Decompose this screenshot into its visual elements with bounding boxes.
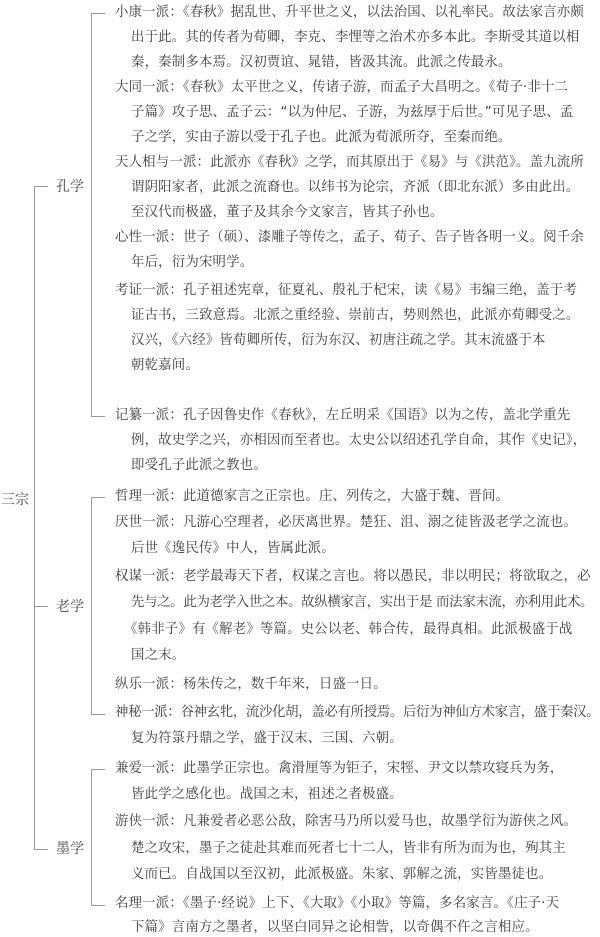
school-line: 考证一派：孔子祖述宪章，征夏礼、殷礼于杞宋，读《易》韦编三绝，盖于考	[115, 283, 577, 299]
branch-label-laoxue: 老学	[56, 599, 84, 615]
school-line: 皆此学之感化也。战国之末，祖述之者极盛。	[131, 787, 403, 803]
root-bracket-tick-kongxue	[34, 186, 48, 187]
school-line: 后世《逸民传》中人，皆属此派。	[131, 541, 335, 557]
branch-label-kongxue: 孔学	[56, 179, 84, 195]
school-line: 楚之攻宋，墨子之徒赴其难而死者七十二人，皆非有所为而为也，殉其主	[131, 841, 566, 857]
kongxue-bracket-top-tick	[91, 13, 105, 14]
school-line: 《韩非子》有《解老》等篇。史公以老、韩合传，最得真相。此派极盛于战	[124, 622, 573, 638]
school-line: 证古书，三致意焉。北派之重经验、崇前古，势则然也，此派亦荀卿受之。	[131, 308, 580, 324]
branch-label-moxue: 墨学	[56, 841, 84, 857]
school-line: 先与之。此为老学入世之本。故纵横家言，实出于是 而法家末流，亦利用此术。	[131, 595, 593, 611]
school-line: 游侠一派：凡兼爱者必恶公敌，除害马乃所以爱马也，故墨学衍为游侠之风。	[115, 814, 577, 830]
school-line: 复为符箓丹鼎之学，盛于汉末、三国、六朝。	[131, 731, 403, 747]
school-line: 子篇》攻子思、孟子云：“以为仲尼、子游，为兹厚于后世。”可见子思、孟	[131, 105, 573, 121]
school-line: 记纂一派：孔子因鲁史作《春秋》，左丘明采《国语》以为之传，盖北学重先	[115, 408, 570, 424]
kongxue-bracket-bottom-tick	[91, 416, 105, 417]
school-line: 至汉代而极盛，董子及其余今文家言，皆其子孙也。	[131, 205, 444, 221]
school-line: 哲理一派：此道德家言之正宗也。庄、列传之，大盛于魏、晋间。	[115, 489, 509, 505]
root-label: 三宗	[1, 492, 29, 508]
school-line: 大同一派：《春秋》太平世之义，传诸子游，而孟子大昌明之。《荀子·非十二	[115, 80, 568, 96]
school-line: 例，故史学之兴，亦相因而至者也。太史公以绍述孔学自命，其作《史记》，	[131, 433, 586, 449]
school-line: 心性一派：世子（硕）、漆雕子等传之，孟子、荀子、告子皆各明一义。阅千余	[115, 230, 584, 246]
school-line: 朝乾嘉间。	[131, 358, 199, 374]
root-bracket-line	[34, 186, 35, 850]
school-line: 神秘一派：谷神玄牝，流沙化胡，盖必有所授焉。后衍为神仙方术家言，盛于秦汉。	[115, 705, 599, 721]
school-line: 汉兴，《六经》皆荀卿所传，衍为东汉、初唐注疏之学。其末流盛于本	[131, 333, 546, 349]
school-line: 兼爱一派：此墨学正宗也。禽滑厘等为钜子，宋牼、尹文以禁攻寝兵为务，	[115, 761, 564, 777]
school-line: 子之学，实由子游以受于孔子也。此派为荀派所夺，至秦而绝。	[131, 130, 512, 146]
laoxue-bracket-line	[91, 497, 92, 715]
school-line: 下篇》言南方之墨者，以坚白同异之论相訾，以奇偶不仵之言相应。	[131, 920, 539, 936]
school-line: 谓阴阳家者，此派之流裔也。以纬书为论宗，齐派（即北东派）多由此出。	[131, 180, 580, 196]
school-line: 义而已。自战国以至汉初，此派极盛。朱家、郭解之流，实皆墨徒也。	[131, 867, 552, 883]
school-line: 名理一派：《墨子·经说》上下、《大取》《小取》等篇，多名家言。《庄子·天	[115, 896, 559, 912]
school-line: 国之末。	[131, 648, 185, 664]
school-line: 纵乐一派：杨朱传之，数千年来，日盛一日。	[115, 677, 387, 693]
kongxue-bracket-line	[91, 13, 92, 417]
moxue-bracket-bottom-tick	[91, 905, 105, 906]
laoxue-bracket-top-tick	[91, 497, 105, 498]
school-line: 小康一派：《春秋》据乱世、升平世之义，以法治国、以礼率民。故法家言亦颇	[115, 5, 584, 21]
school-line: 年后，衍为宋明学。	[131, 255, 253, 271]
school-line: 天人相与一派：此派亦《春秋》之学，而其原出于《易》与《洪范》。盖九流所	[115, 155, 584, 171]
school-line: 权谋一派：老学最毒天下者，权谋之言也。将以愚民，非以明民；将欲取之，必	[115, 569, 591, 585]
school-line: 出于此。其的传者为荀卿，李克、李悝等之治术亦多本此。李斯受其道以相	[131, 30, 580, 46]
root-bracket-tick-moxue	[34, 849, 48, 850]
school-line: 即受孔子此派之教也。	[131, 458, 267, 474]
laoxue-bracket-bottom-tick	[91, 714, 105, 715]
moxue-bracket-line	[91, 769, 92, 906]
school-line: 秦，秦制多本焉。汉初贾谊、晁错，皆汲其流。此派之传最永。	[131, 55, 512, 71]
school-line: 厌世一派：凡游心空理者，必厌离世界。楚狂、沮、溺之徒皆汲老学之流也。	[115, 515, 577, 531]
moxue-bracket-top-tick	[91, 769, 105, 770]
root-bracket-tick-laoxue	[34, 606, 48, 607]
